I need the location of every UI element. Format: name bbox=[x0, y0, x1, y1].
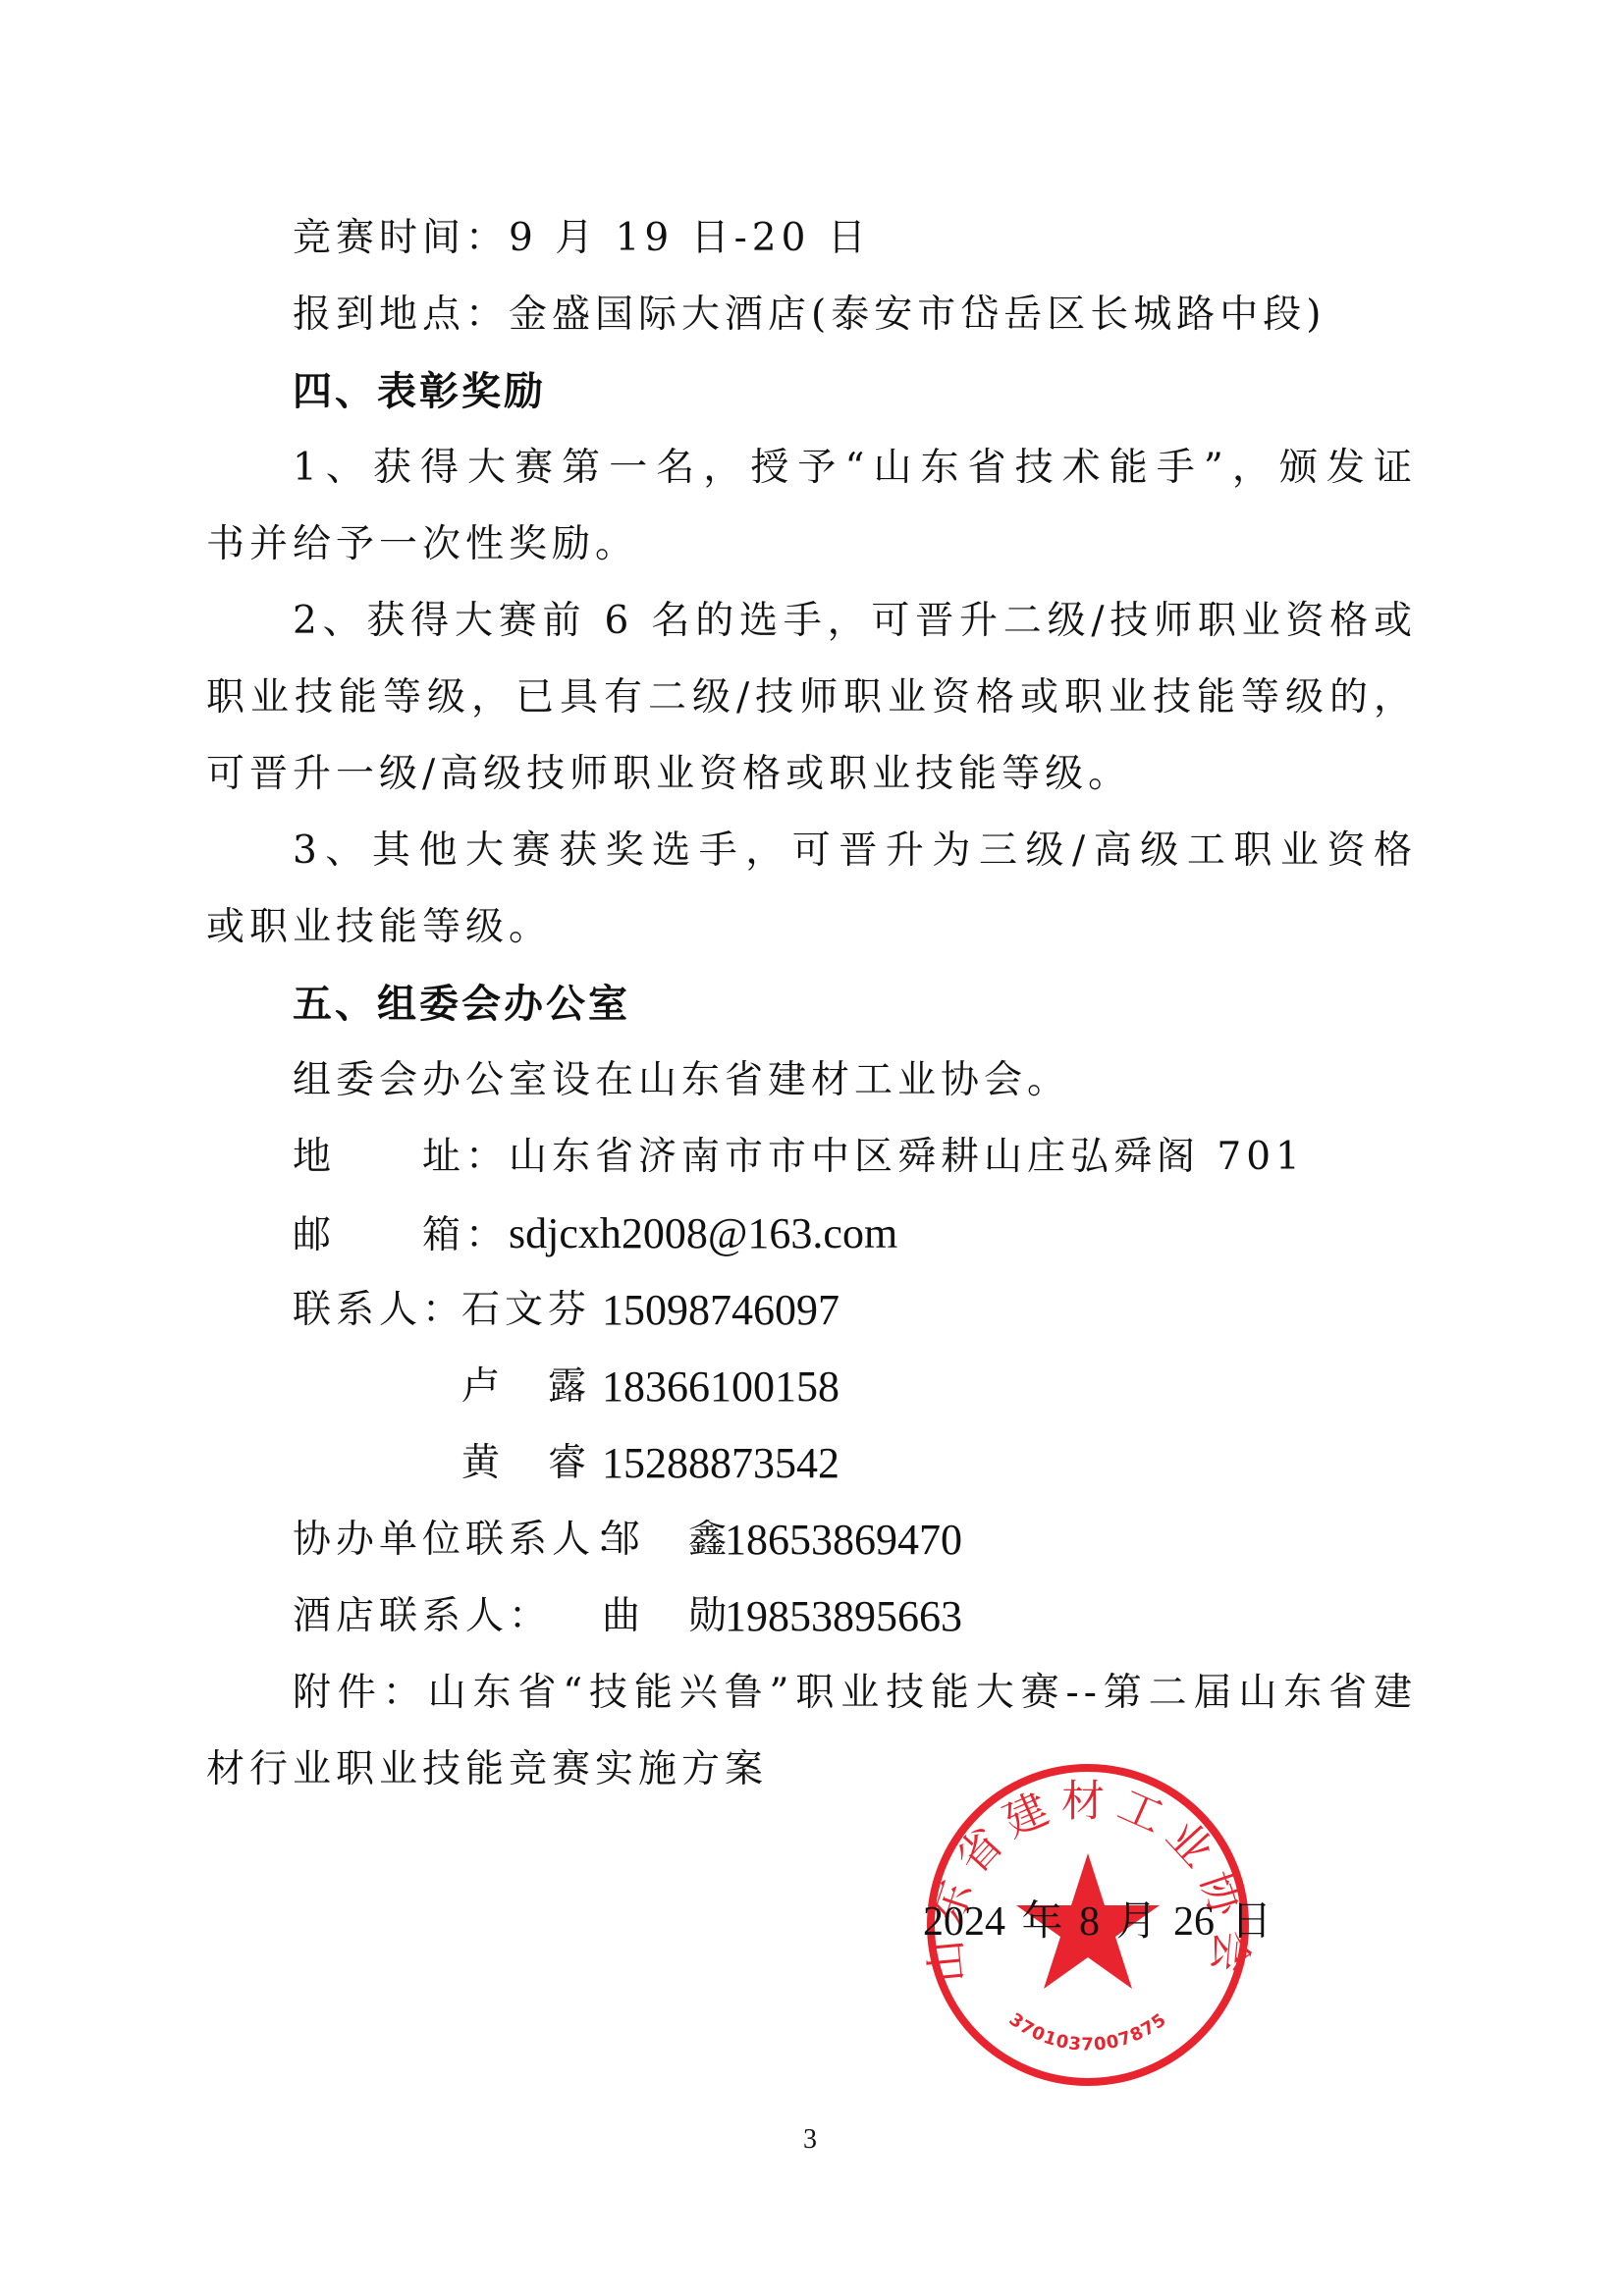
contacts-label: 联系人： bbox=[293, 1281, 465, 1340]
hotel-contact-name: 曲 勋 bbox=[602, 1587, 731, 1646]
contact-phone: 15288873542 bbox=[602, 1434, 839, 1493]
hotel-contact-phone: 19853895663 bbox=[725, 1587, 962, 1646]
award-2-line-1: 2、获得大赛前 6 名的选手，可晋升二级/技师职业资格或 bbox=[293, 592, 1417, 651]
contact-name: 石文芬 bbox=[461, 1281, 591, 1340]
award-3-line-1: 3、其他大赛获奖选手，可晋升为三级/高级工职业资格 bbox=[293, 822, 1417, 881]
co-organizer-row: 协办单位联系人： 邹 鑫 18653869470 bbox=[293, 1511, 1417, 1570]
contact-row-1: 联系人： 石文芬 15098746097 bbox=[293, 1281, 1417, 1340]
page-number: 3 bbox=[803, 2124, 817, 2156]
contact-name: 卢 露 bbox=[461, 1358, 591, 1416]
checkin-location: 报到地点：金盛国际大酒店(泰安市岱岳区长城路中段) bbox=[293, 286, 1417, 345]
award-2-line-2: 职业技能等级，已具有二级/技师职业资格或职业技能等级的， bbox=[206, 668, 1417, 727]
co-organizer-name: 邹 鑫 bbox=[602, 1511, 731, 1570]
email-label: 邮 箱： bbox=[293, 1213, 509, 1257]
address-row: 地 址：山东省济南市市中区舜耕山庄弘舜阁 701 bbox=[293, 1128, 1417, 1187]
address-value: 山东省济南市市中区舜耕山庄弘舜阁 701 bbox=[509, 1135, 1305, 1179]
hotel-contact-row: 酒店联系人： 曲 勋 19853895663 bbox=[293, 1587, 1417, 1646]
award-3-line-2: 或职业技能等级。 bbox=[206, 898, 1417, 957]
section-heading-office: 五、组委会办公室 bbox=[293, 975, 1417, 1034]
award-2-line-3: 可晋升一级/高级技师职业资格或职业技能等级。 bbox=[206, 745, 1417, 804]
contact-name: 黄 睿 bbox=[461, 1434, 591, 1493]
award-1-line-2: 书并给予一次性奖励。 bbox=[206, 515, 1417, 574]
contact-phone: 18366100158 bbox=[602, 1358, 839, 1416]
contact-row-2: 卢 露 18366100158 bbox=[293, 1358, 1417, 1416]
hotel-contact-label: 酒店联系人： bbox=[293, 1587, 552, 1646]
attachment-line-1: 附件：山东省“技能兴鲁”职业技能大赛--第二届山东省建 bbox=[293, 1664, 1417, 1723]
address-label: 地 址： bbox=[293, 1135, 509, 1179]
svg-text:3701037007875: 3701037007875 bbox=[1005, 2009, 1171, 2056]
email-row: 邮 箱：sdjcxh2008@163.com bbox=[293, 1204, 1417, 1263]
section-heading-awards: 四、表彰奖励 bbox=[293, 362, 1417, 421]
signature-date: 2024 年 8 月 26 日 bbox=[923, 1893, 1272, 1951]
contact-row-3: 黄 睿 15288873542 bbox=[293, 1434, 1417, 1493]
contact-phone: 15098746097 bbox=[602, 1281, 839, 1340]
email-link[interactable]: sdjcxh2008@163.com bbox=[509, 1209, 897, 1257]
co-organizer-phone: 18653869470 bbox=[725, 1511, 962, 1570]
seal-code: 3701037007875 bbox=[1005, 2009, 1171, 2056]
award-1-line-1: 1、获得大赛第一名，授予“山东省技术能手”，颁发证 bbox=[293, 439, 1417, 498]
competition-time: 竞赛时间：9 月 19 日-20 日 bbox=[293, 209, 1417, 268]
office-location: 组委会办公室设在山东省建材工业协会。 bbox=[293, 1051, 1417, 1110]
co-organizer-label: 协办单位联系人： bbox=[293, 1511, 638, 1570]
document-page: 竞赛时间：9 月 19 日-20 日 报到地点：金盛国际大酒店(泰安市岱岳区长城… bbox=[0, 0, 1624, 2296]
